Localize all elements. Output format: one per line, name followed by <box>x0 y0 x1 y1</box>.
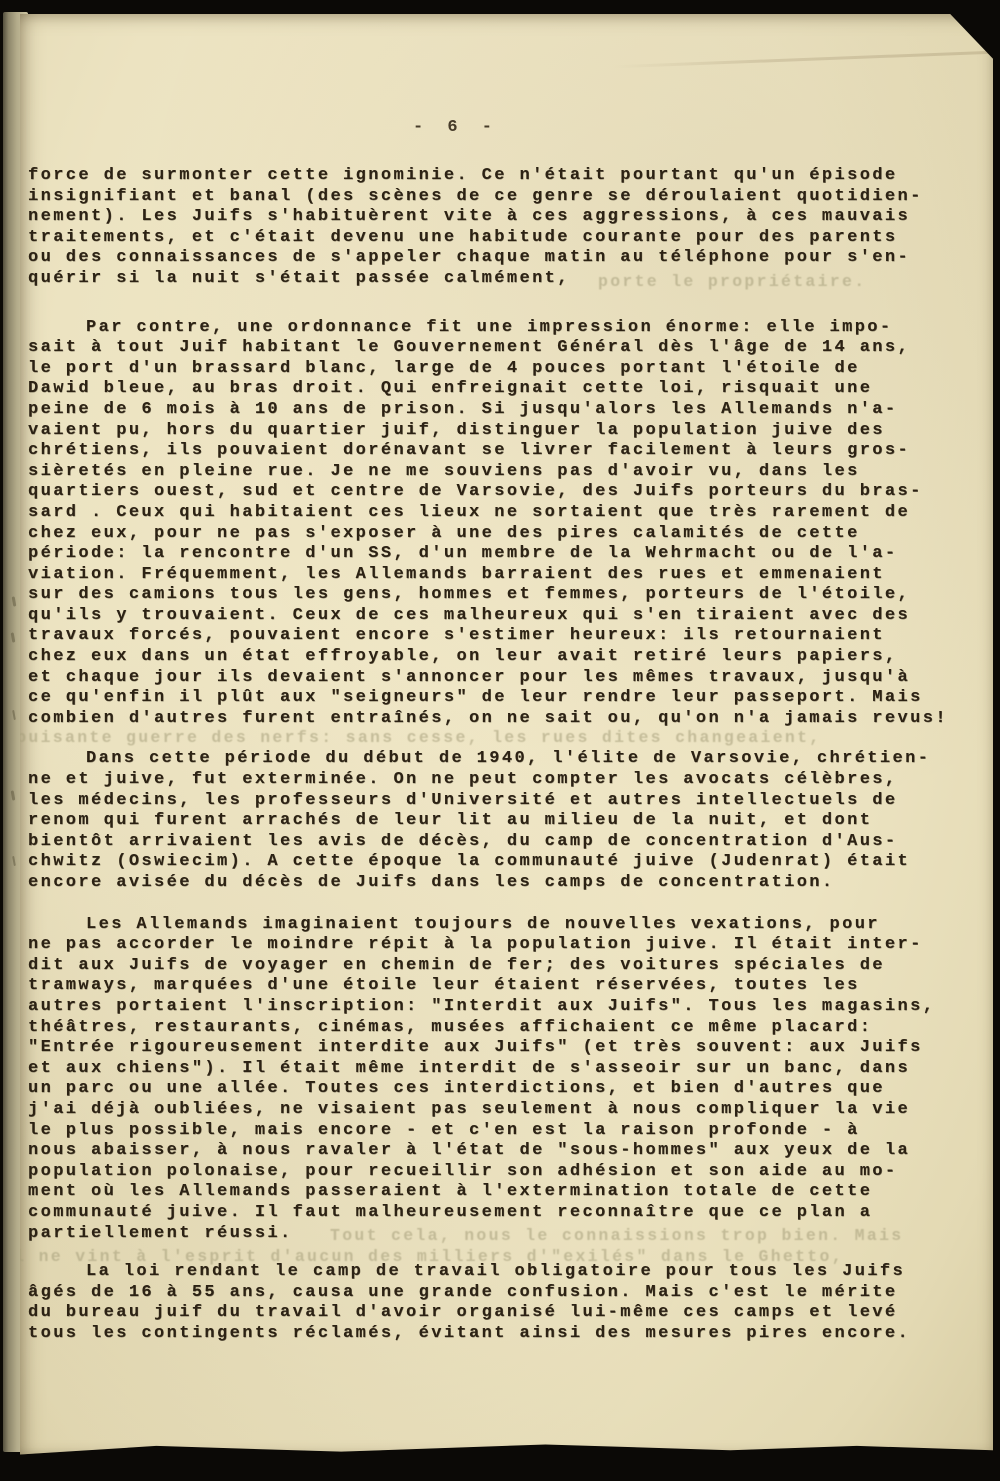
text-line: le port d'un brassard blanc, large de 4 … <box>28 359 980 380</box>
text-line: chwitz (Oswiecim). A cette époque la com… <box>28 852 980 873</box>
text-line: les médecins, les professeurs d'Universi… <box>28 791 980 812</box>
text-line: sièretés en pleine rue. Je ne me souvien… <box>28 462 980 483</box>
scan-background: porte le propriétaire.épuisante guerre d… <box>0 0 1000 1481</box>
text-line: travaux forcés, pouvaient encore s'estim… <box>28 626 980 647</box>
text-line: chrétiens, ils pouvaient dorénavant se l… <box>28 441 980 462</box>
paragraphs: force de surmonter cette ignominie. Ce n… <box>28 166 980 1344</box>
margin-mark <box>11 790 16 800</box>
text-line: nement). Les Juifs s'habituèrent vite à … <box>28 207 980 228</box>
text-line: et aux chiens"). Il était même interdit … <box>28 1059 980 1080</box>
text-line: force de surmonter cette ignominie. Ce n… <box>28 166 980 187</box>
document-page: porte le propriétaire.épuisante guerre d… <box>20 14 993 1456</box>
margin-mark <box>12 710 16 720</box>
text-line: quartiers ouest, sud et centre de Varsov… <box>28 482 980 503</box>
text-line: population polonaise, pour recueillir so… <box>28 1162 980 1183</box>
margin-mark <box>12 856 16 866</box>
margin-mark <box>11 632 16 642</box>
text-line: sur des camions tous les gens, hommes et… <box>28 585 980 606</box>
text-line: Par contre, une ordonnance fit une impre… <box>28 318 980 339</box>
text-line: âgés de 16 à 55 ans, causa une grande co… <box>28 1283 980 1304</box>
text-line: vaient pu, hors du quartier juif, distin… <box>28 421 980 442</box>
text-line: encore avisée du décès de Juifs dans les… <box>28 873 980 894</box>
text-line: du bureau juif du travail d'avoir organi… <box>28 1303 980 1324</box>
text-line: tous les contingents réclamés, évitant a… <box>28 1324 980 1345</box>
paper-crease <box>613 51 993 69</box>
text-line: ne pas accorder le moindre répit à la po… <box>28 935 980 956</box>
paragraph: Par contre, une ordonnance fit une impre… <box>28 318 980 730</box>
paragraph: La loi rendant le camp de travail obliga… <box>28 1262 980 1344</box>
text-line: ce qu'enfin il plût aux "seigneurs" de l… <box>28 688 980 709</box>
text-line: quérir si la nuit s'était passée calméme… <box>28 269 980 290</box>
text-line: nous abaisser, à nous ravaler à l'état d… <box>28 1141 980 1162</box>
text-line: chez eux dans un état effroyable, on leu… <box>28 647 980 668</box>
paragraph: force de surmonter cette ignominie. Ce n… <box>28 166 980 290</box>
text-line: La loi rendant le camp de travail obliga… <box>28 1262 980 1283</box>
text-line: théâtres, restaurants, cinémas, musées a… <box>28 1018 980 1039</box>
text-line: combien d'autres furent entraînés, on ne… <box>28 709 980 730</box>
text-line: autres portaient l'inscription: "Interdi… <box>28 997 980 1018</box>
text-line: qu'ils y trouvaient. Ceux de ces malheur… <box>28 606 980 627</box>
text-line: partiellement réussi. <box>28 1224 980 1245</box>
text-line: Dans cette période du début de 1940, l'é… <box>28 749 980 770</box>
text-line: bientôt arrivaient les avis de décès, du… <box>28 832 980 853</box>
text-line: peine de 6 mois à 10 ans de prison. Si j… <box>28 400 980 421</box>
text-line: communauté juive. Il faut malheureusemen… <box>28 1203 980 1224</box>
text-line: sait à tout Juif habitant le Gouvernemen… <box>28 338 980 359</box>
text-line: Dawid bleue, au bras droit. Qui enfreign… <box>28 379 980 400</box>
text-line: renom qui furent arrachés de leur lit au… <box>28 811 980 832</box>
margin-mark <box>12 596 17 606</box>
text-line: Les Allemands imaginaient toujours de no… <box>28 915 980 936</box>
text-line: et chaque jour ils devaient s'annoncer p… <box>28 668 980 689</box>
text-line: le plus possible, mais encore - et c'en … <box>28 1121 980 1142</box>
text-line: chez eux, pour ne pas s'exposer à une de… <box>28 524 980 545</box>
text-line: ment où les Allemands passeraient à l'ex… <box>28 1182 980 1203</box>
text-line: dit aux Juifs de voyager en chemin de fe… <box>28 956 980 977</box>
text-line: viation. Fréquemment, les Allemands barr… <box>28 565 980 586</box>
text-line: insignifiant et banal (des scènes de ce … <box>28 187 980 208</box>
text-line: tramways, marquées d'une étoile leur éta… <box>28 976 980 997</box>
text-line: ne et juive, fut exterminée. On ne peut … <box>28 770 980 791</box>
text-line: ou des connaissances de s'appeler chaque… <box>28 248 980 269</box>
text-line: "Entrée rigoureusement interdite aux Jui… <box>28 1038 980 1059</box>
page-number: - 6 - <box>413 118 499 137</box>
text-line: un parc ou une allée. Toutes ces interdi… <box>28 1079 980 1100</box>
text-line: traitements, et c'était devenu une habit… <box>28 228 980 249</box>
text-line: sard . Ceux qui habitaient ces lieux ne … <box>28 503 980 524</box>
paragraph: Dans cette période du début de 1940, l'é… <box>28 749 980 893</box>
text-line: j'ai déjà oubliées, ne visaient pas seul… <box>28 1100 980 1121</box>
text-line: période: la rencontre d'un SS, d'un memb… <box>28 544 980 565</box>
paragraph: Les Allemands imaginaient toujours de no… <box>28 915 980 1245</box>
